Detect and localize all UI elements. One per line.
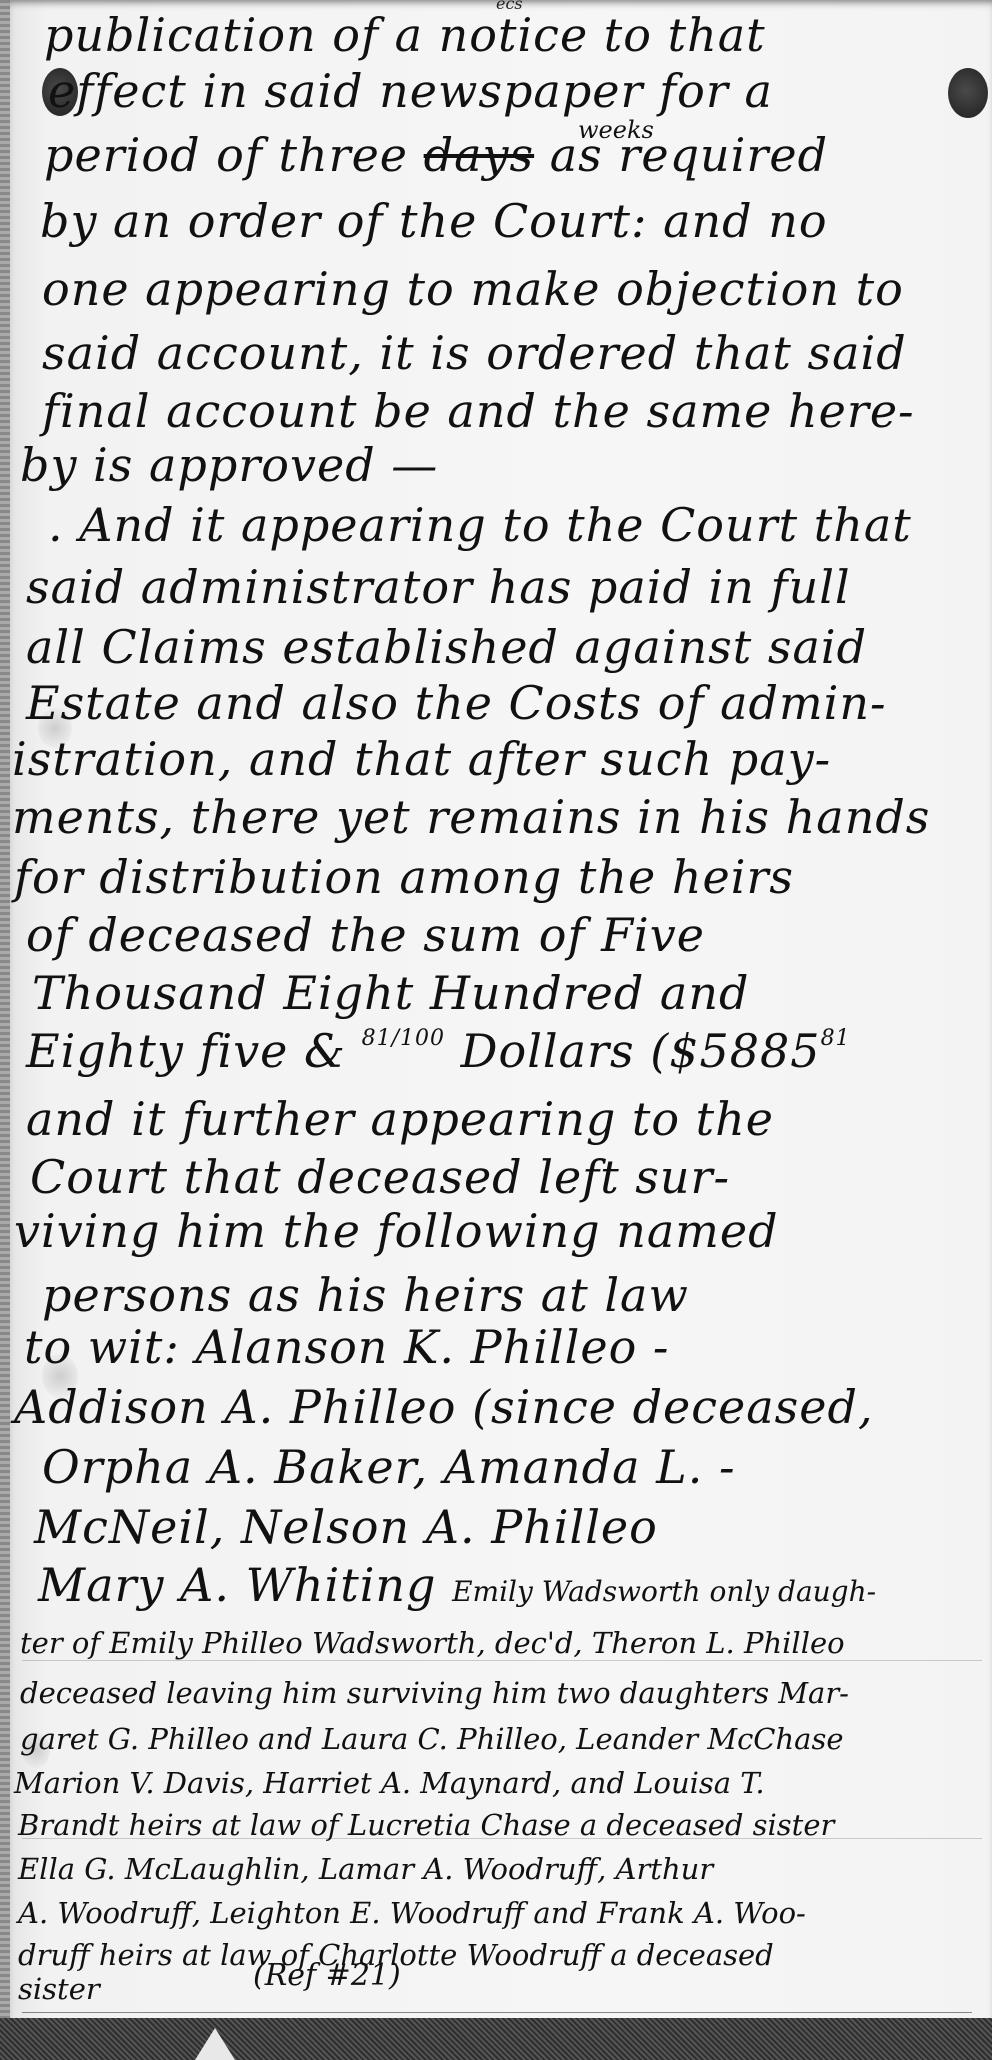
line-18-before: Eighty five & — [26, 1024, 362, 1078]
text-line-23: to wit: Alanson K. Philleo - — [24, 1320, 669, 1374]
fraction-cents: 81/100 — [362, 1026, 445, 1051]
text-line-10: said administrator has paid in full — [26, 560, 851, 614]
text-line-9: . And it appearing to the Court that — [48, 498, 912, 552]
ruled-line — [22, 1660, 982, 1661]
paper-sheet: ecs publication of a notice to that effe… — [8, 0, 992, 2018]
text-line-1: publication of a notice to that — [44, 8, 766, 62]
line-18-after: Dollars ($5885 — [445, 1024, 821, 1078]
text-line-28: ter of Emily Philleo Wadsworth, dec'd, T… — [20, 1626, 845, 1660]
text-line-20: Court that deceased left sur- — [30, 1150, 730, 1204]
text-line-19: and it further appearing to the — [26, 1092, 774, 1146]
reference-note: (Ref #21) — [253, 1958, 401, 1993]
text-line-22: persons as his heirs at law — [42, 1268, 689, 1322]
text-line-32: Brandt heirs at law of Lucretia Chase a … — [18, 1808, 834, 1842]
inserted-word: weeks — [578, 116, 654, 144]
text-line-6: said account, it is ordered that said — [42, 326, 907, 380]
text-line-17: Thousand Eight Hundred and — [32, 966, 749, 1020]
text-line-12: Estate and also the Costs of admin- — [26, 676, 886, 730]
text-line-4: by an order of the Court: and no — [40, 194, 828, 248]
text-line-5: one appearing to make objection to — [42, 262, 904, 316]
text-line-11: all Claims established against said — [26, 620, 867, 674]
line-3-before: period of three — [44, 128, 424, 182]
text-line-31: Marion V. Davis, Harriet A. Maynard, and… — [14, 1766, 765, 1800]
text-line-14: ments, there yet remains in his hands — [12, 790, 930, 844]
punch-hole-right — [948, 68, 988, 118]
scan-background-bottom — [0, 2018, 992, 2060]
text-line-2: effect in said newspaper for a — [48, 64, 773, 118]
text-line-7: final account be and the same here- — [42, 384, 915, 438]
cents-superscript: 81 — [821, 1026, 851, 1051]
ruled-line — [22, 2012, 972, 2013]
text-line-33: Ella G. McLaughlin, Lamar A. Woodruff, A… — [18, 1852, 713, 1886]
text-line-18: Eighty five & 81/100 Dollars ($588581 — [26, 1024, 851, 1078]
text-line-36: sister — [18, 1972, 100, 2006]
text-line-27: Mary A. Whiting Emily Wadsworth only dau… — [38, 1558, 876, 1612]
text-line-15: for distribution among the heirs — [14, 850, 794, 904]
text-line-3: period of three days as required — [44, 128, 828, 182]
scanned-document-page: ecs publication of a notice to that effe… — [0, 0, 992, 2060]
text-line-16: of deceased the sum of Five — [26, 908, 705, 962]
line-27-name: Mary A. Whiting — [38, 1558, 436, 1612]
text-line-24: Addison A. Philleo (since deceased, — [14, 1380, 874, 1434]
binding-edge — [0, 0, 10, 2060]
text-line-26: McNeil, Nelson A. Philleo — [34, 1500, 658, 1554]
text-line-8: by is approved — — [20, 438, 438, 492]
text-line-34: A. Woodruff, Leighton E. Woodruff and Fr… — [18, 1896, 806, 1930]
text-line-29: deceased leaving him surviving him two d… — [20, 1676, 849, 1710]
scan-light-spot — [190, 2028, 240, 2060]
text-line-30: garet G. Philleo and Laura C. Philleo, L… — [20, 1722, 844, 1756]
text-line-25: Orpha A. Baker, Amanda L. - — [42, 1440, 736, 1494]
text-line-13: istration, and that after such pay- — [12, 732, 831, 786]
text-line-21: viving him the following named — [14, 1204, 779, 1258]
struck-word: days — [424, 128, 534, 182]
line-27-small-continuation: Emily Wadsworth only daugh- — [452, 1575, 876, 1608]
